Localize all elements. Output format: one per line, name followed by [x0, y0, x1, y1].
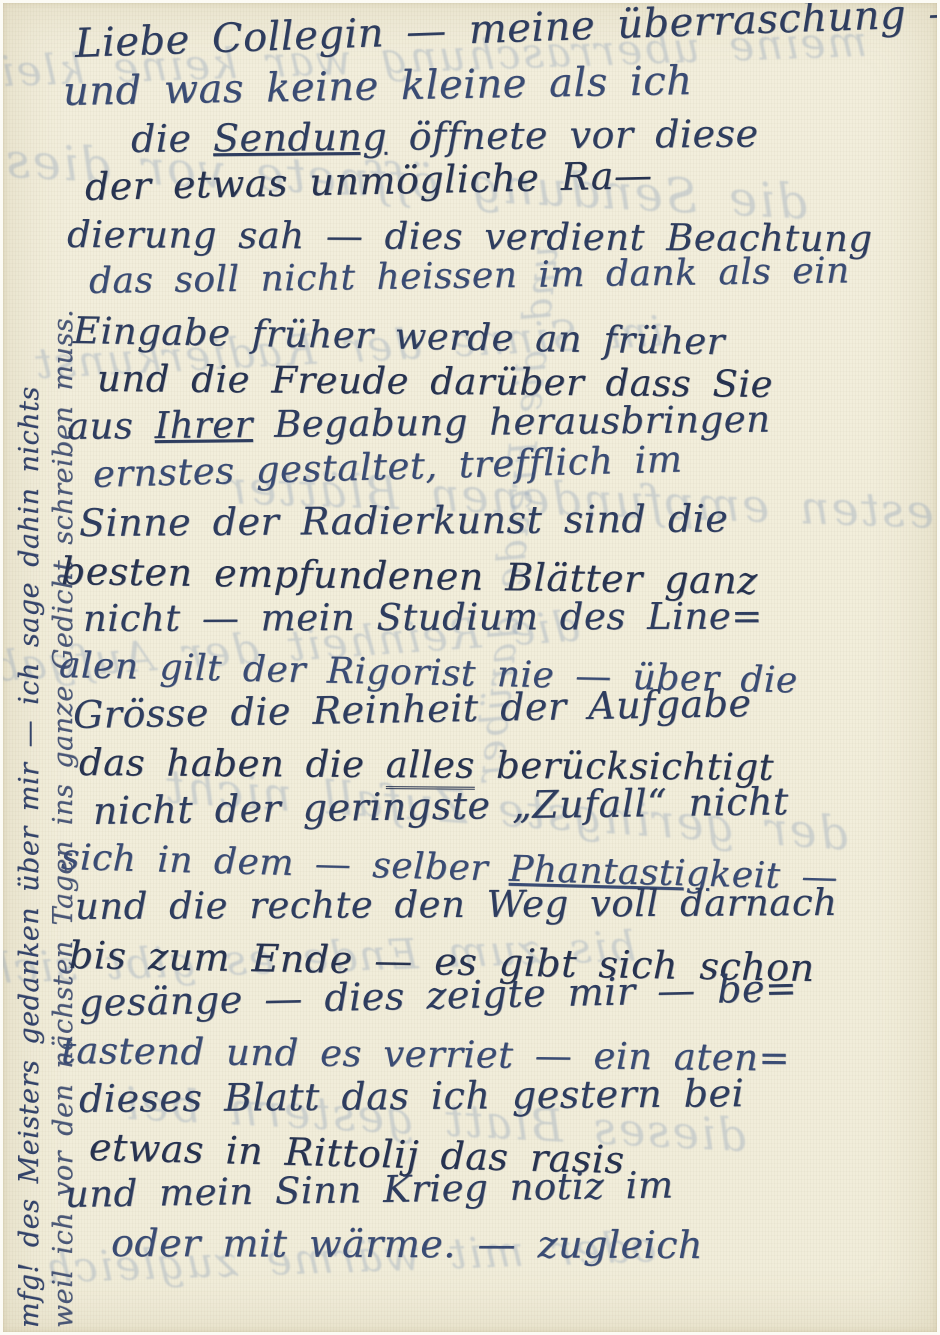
letter-line: nicht — mein Studium des Line= — [83, 594, 937, 645]
letter-line: dieses Blatt das ich gestern bei — [79, 1070, 937, 1125]
underlined-word: Ihrer — [154, 403, 253, 447]
line-segment: aus — [67, 404, 155, 448]
underlined-word: alles — [386, 743, 475, 790]
letter-page: meine überraschung war keine kleine die … — [3, 3, 937, 1332]
line-segment: sich in dem — selber — [61, 837, 510, 890]
letter-line: Sinne der Radierkunst sind die — [79, 495, 937, 549]
letter-line: oder mit wärme. — zugleich — [111, 1221, 937, 1272]
letter-line: und die rechte den Weg voll darnach — [75, 880, 937, 933]
letter-body: Liebe Collegin — meine überraschung — un… — [3, 21, 937, 1269]
underlined-word: Sendung — [213, 115, 387, 161]
line-segment: das haben die — [79, 741, 386, 786]
line-segment: die — [131, 116, 213, 161]
